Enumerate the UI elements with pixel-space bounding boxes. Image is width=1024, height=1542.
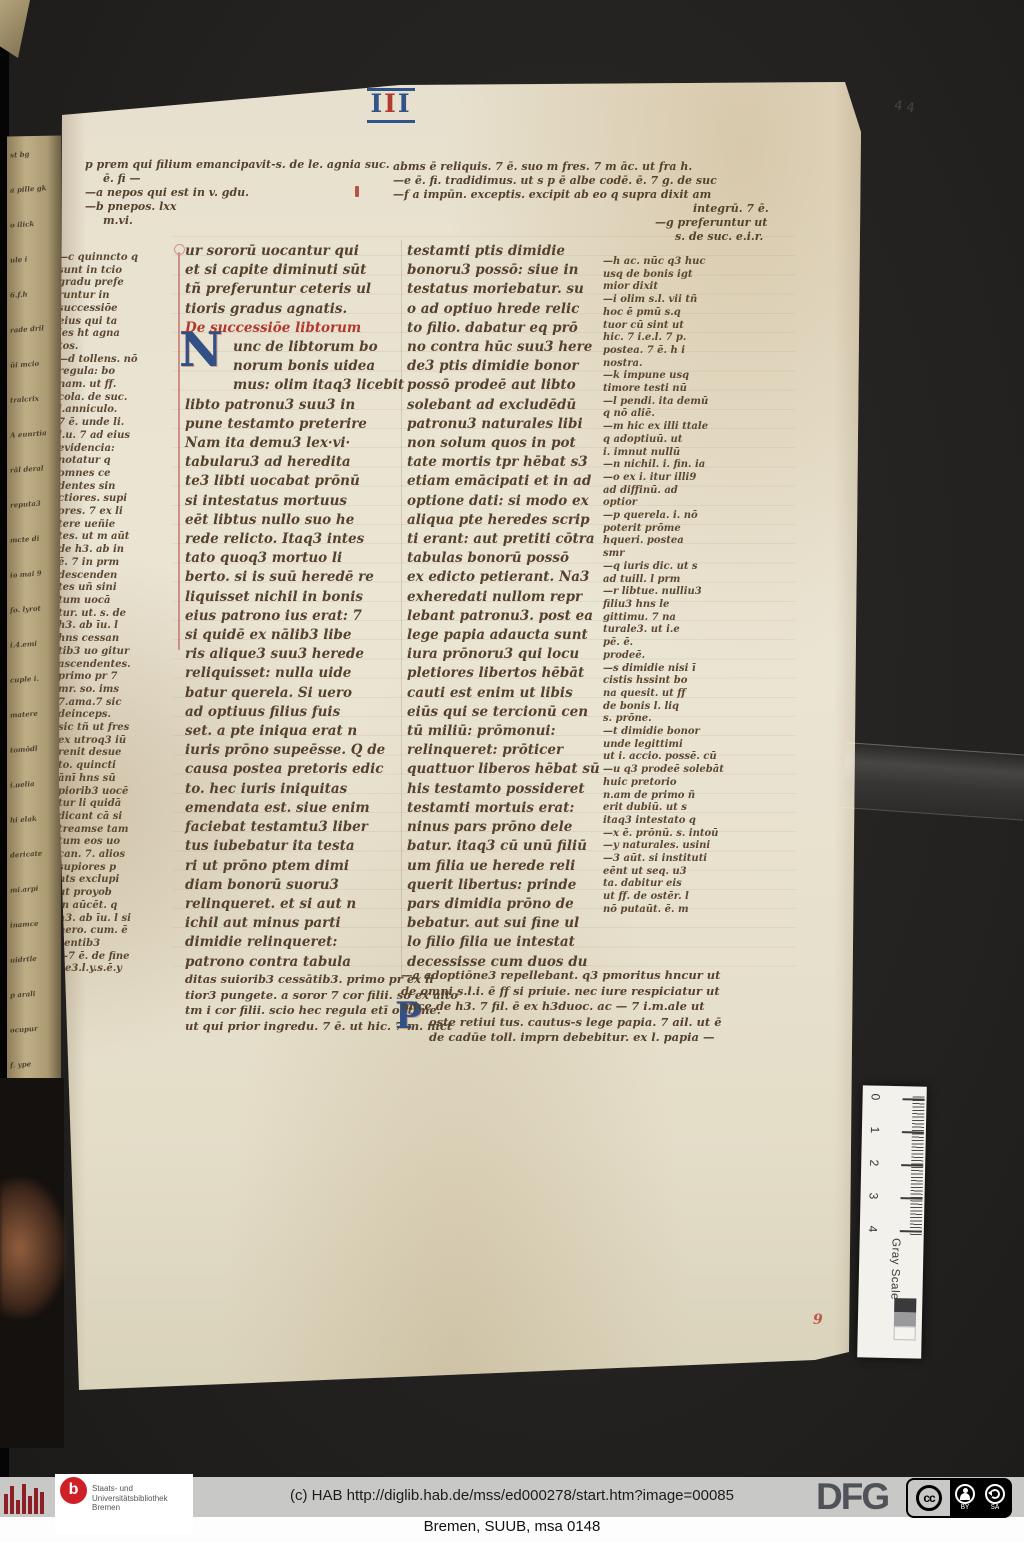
text-line: pletiores libertos hēbāt (407, 664, 611, 683)
edge-text-fragment: a pille gk (7, 169, 61, 208)
text-line: o ad optiuo hrede relic (407, 300, 611, 319)
ruler-number: 3 (866, 1192, 880, 1206)
gloss-line: turale3. ut i.e (603, 624, 785, 637)
text-line: tioris gradus agnatis. (185, 300, 401, 319)
gloss-line: dicant cā si (58, 811, 184, 824)
gloss-line: nero. cum. ē (58, 925, 184, 938)
gloss-line: 7.ama.7 sic (58, 697, 184, 710)
gloss-line: pē. ē. (603, 637, 785, 650)
text-line: diam bonorū suoru3 (185, 876, 401, 895)
text-line: tñ preferuntur ceteris ul (185, 280, 401, 299)
gloss-line: ut ff. de ostēr. l (603, 891, 785, 904)
gloss-line: unde legittimi (603, 739, 785, 752)
edge-text-fragment: tomōdl (7, 729, 61, 768)
cc-by-icon (955, 1484, 975, 1504)
text-line: de3 ptis dimidie bonor (407, 357, 611, 376)
text-line: de cadūe toll. imprn debebitur. ex l. pa… (429, 1030, 801, 1046)
ruler-number: 2 (867, 1159, 881, 1173)
gloss-line: tum eos uo (58, 836, 184, 849)
gloss-line: h3. ab īu. l si (58, 913, 184, 926)
text-line: patrono contra tabula (185, 953, 401, 972)
gloss-line: filiu3 hns le (603, 599, 785, 612)
gloss-line: —t dimidie bonor (603, 726, 785, 739)
text-line: etiam emācipati et in ad (407, 472, 611, 491)
text-line: ninus pars prōno dele (407, 818, 611, 837)
gloss-line: postea. 7 ē. h i (603, 345, 785, 358)
annotation-line: s. de suc. e.i.r. (675, 230, 813, 244)
text-line: lebant patronu3. post ea (407, 607, 611, 626)
text-line: his testamto possideret (407, 780, 611, 799)
bottom-right-block: —a adoptiōne3 repellebant. q3 pmoritus h… (401, 968, 801, 1046)
ruler-cm-tick (903, 1098, 925, 1100)
text-line: pune testamto preterire (185, 415, 401, 434)
edge-text-fragment: cuple i. (7, 659, 61, 698)
cc-license-badge: cc BY SA (906, 1478, 1012, 1518)
gloss-line: ta. dabitur eis (603, 878, 785, 891)
text-column-2: testamti ptis dimidiebonoru3 possō: siue… (407, 242, 611, 972)
text-line: emendata est. siue enim (185, 799, 401, 818)
edge-text-fragment: i.uelia (7, 764, 61, 803)
gloss-line: in aūcēt. q (58, 900, 184, 913)
text-line: reliquisset: nulla uide (185, 664, 401, 683)
text-line: norum bonis uidea (233, 357, 401, 376)
gloss-line: ad diffinū. ad (603, 485, 785, 498)
edge-text-fragment: ocupur (7, 1009, 61, 1048)
page-holder-strip (842, 742, 1024, 821)
text-line: possō prodeē aut libto (407, 376, 611, 395)
text-line: quattuor liberos hēbat sū (407, 760, 611, 779)
share-alike-arrow (990, 1489, 1000, 1499)
annotation-line: abms ē reliquis. 7 ē. suo m fres. 7 m āc… (393, 160, 813, 174)
gloss-line: poterit prōme (603, 523, 785, 536)
gloss-line: itaq3 intestato q (603, 815, 785, 828)
gloss-line: —7 ē. de fine (58, 951, 184, 964)
edge-text-fragment: i.4.emi (7, 624, 61, 663)
gloss-line: nts exclupi (58, 874, 184, 887)
text-line: tabularu3 ad heredita (185, 453, 401, 472)
gloss-line: supiores p (58, 862, 184, 875)
gloss-line: ānī hns sū (58, 773, 184, 786)
cc-logo-panel: cc (908, 1480, 950, 1516)
gloss-line: descenden (58, 570, 184, 583)
edge-text-fragment: reputa3 (7, 484, 61, 523)
annotation-line: m.vi. (103, 214, 390, 228)
gloss-line: —x ē. prōnū. s. intoū (603, 828, 785, 841)
corner-parchment-scrap (0, 0, 30, 58)
gloss-line: centib3 (58, 938, 184, 951)
gloss-line: optior (603, 497, 785, 510)
gloss-line: —q iuris dic. ut s (603, 561, 785, 574)
gloss-line: huic pretorio (603, 777, 785, 790)
text-line: to. hec iuris iniquitas (185, 780, 401, 799)
edge-text-fragment: uidrtle (7, 939, 61, 978)
gloss-line: ores. 7 ex li (58, 506, 184, 519)
cc-by-label: BY (961, 1505, 969, 1512)
gloss-line: hic. 7 i.e.l. 7 p. (603, 332, 785, 345)
text-line: de omni s.l.i. ē ff si priuie. nec iure … (401, 984, 801, 1000)
gloss-line: h3. ab īu. l (58, 620, 184, 633)
text-line: faciebat testamtu3 liber (185, 818, 401, 837)
gloss-line: tos. (58, 341, 184, 354)
gloss-line: mior dixit (603, 281, 785, 294)
text-line: tus iubebatur ita testa (185, 837, 401, 856)
text-line: solebant ad excludēdū (407, 396, 611, 415)
book-number-numeral: III (367, 88, 415, 123)
ruler-cm-tick (901, 1164, 923, 1166)
text-line: relinqueret. et si aut n (185, 895, 401, 914)
text-line: tabulas bonorū possō (407, 549, 611, 568)
gloss-line: deinceps. (58, 709, 184, 722)
text-line: exheredati nullom repr (407, 588, 611, 607)
edge-text-fragment: mi.arpi (7, 869, 61, 908)
edge-text-fragment: io mai 9 (7, 554, 61, 593)
library-name-line: Bremen (92, 1503, 168, 1513)
text-line: ris alique3 suu3 herede (185, 645, 401, 664)
text-column-1: ur sororū uocantur quiet si capite dimin… (185, 242, 401, 972)
text-line: testamti ptis dimidie (407, 242, 611, 261)
gloss-line: eēnt ut seq. u3 (603, 866, 785, 879)
gloss-line: na quesit. ut ff (603, 688, 785, 701)
gloss-line: ctiores. supi (58, 493, 184, 506)
gloss-line: piorib3 uocē (58, 786, 184, 799)
text-line: lo filio filia ue intestat (407, 933, 611, 952)
text-line: eiūs qui se tercionū cen (407, 703, 611, 722)
text-line: testamti mortuis erat: (407, 799, 611, 818)
gloss-line: tur. ut. s. de (58, 608, 184, 621)
gloss-line: ut i. accio. possē. cū (603, 751, 785, 764)
gloss-line: sunt in tcio (58, 265, 184, 278)
gloss-line: cistis hssint bo (603, 675, 785, 688)
gloss-line: dentes sin (58, 481, 184, 494)
text-line: Nam ita demu3 lex·vi· (185, 434, 401, 453)
gloss-line: prodeē. (603, 650, 785, 663)
cc-license-terms: BY SA (950, 1480, 1010, 1516)
text-line: ichil aut minus parti (185, 914, 401, 933)
gloss-line: l.anniculo. (58, 404, 184, 417)
gray-scale-ruler: 0 1 2 3 4 Gray Scale (857, 1085, 927, 1358)
text-line: lege papia adaucta sunt (407, 626, 611, 645)
annotation-line: —a nepos qui est in v. gdu. (85, 186, 390, 200)
gloss-line: erit dubiū. ut s (603, 802, 785, 815)
text-line: to filio. dabatur eq prō (407, 319, 611, 338)
annotation-line: —b pnepos. lxx (85, 200, 390, 214)
gloss-line: regula: bo (58, 366, 184, 379)
gloss-line: tuor cū sint ut (603, 320, 785, 333)
gloss-line: sic tñ ut fres (58, 722, 184, 735)
gloss-line: —o ex i. itur illi9 (603, 472, 785, 485)
gloss-line: —p querela. i. nō (603, 510, 785, 523)
gloss-line: hqueri. postea (603, 535, 785, 548)
text-line: ti erant: aut pretiti cōtra (407, 530, 611, 549)
gloss-line: tur li quidā (58, 798, 184, 811)
text-line: berto. si is suū heredē re (185, 568, 401, 587)
text-line: et si capite diminuti sūt (185, 261, 401, 280)
text-line: liquisset nichil in bonis (185, 588, 401, 607)
text-line: batur. itaq3 cū unū filiū (407, 837, 611, 856)
gloss-line: q nō aliē. (603, 408, 785, 421)
gloss-line: to. quincti (58, 760, 184, 773)
gloss-line: runtur in (58, 290, 184, 303)
gloss-line: —d tollens. nō (58, 354, 184, 367)
gloss-line: de3.l.y.s.ē.y (58, 963, 184, 976)
text-line: tū miliū: prōmonui: (407, 722, 611, 741)
text-line: unc de libtorum bo (233, 338, 401, 357)
text-line: bebatur. aut sui fine ul (407, 914, 611, 933)
gloss-line: —l pendi. ita demū (603, 396, 785, 409)
shelfmark-caption: Bremen, SUUB, msa 0148 (0, 1518, 1024, 1535)
text-line: eius patrono ius erat: 7 (185, 607, 401, 626)
edge-text-fragment: tralcrix (7, 379, 61, 418)
edge-text-fragment: inamce (7, 904, 61, 943)
annotation-line: —g preferuntur ut (655, 216, 813, 230)
text-line: te3 libti uocabat prōnū (185, 472, 401, 491)
gloss-line: ad tuill. l prm (603, 574, 785, 587)
gloss-line: can. 7. alios (58, 849, 184, 862)
gloss-line: primo pr 7 (58, 671, 184, 684)
ruler-cm-tick (900, 1197, 922, 1199)
gray-patch-dark (894, 1298, 916, 1312)
gloss-line: —m hic ex illi ttale (603, 421, 785, 434)
text-line: ex edicto petierant. Na3 (407, 568, 611, 587)
text-line: si quidē ex nālib3 libe (185, 626, 401, 645)
edge-text-fragment: ule i (7, 239, 61, 278)
text-line: tato quoq3 mortuo li (185, 549, 401, 568)
gloss-line: nō putaūt. ē. m (603, 904, 785, 917)
text-line: no contra hūc suu3 here (407, 338, 611, 357)
text-line: iuris prōno supeēsse. Q de (185, 741, 401, 760)
gloss-line: nam. ut ff. (58, 379, 184, 392)
gloss-line: treamse tam (58, 824, 184, 837)
ruler-label: Gray Scale (888, 1238, 901, 1300)
annotation-line: p prem qui filium emancipavit-s. de le. … (85, 158, 390, 172)
dfg-logo: DFG (816, 1478, 888, 1516)
text-line: eēt libtus nullo suo he (185, 511, 401, 530)
digitized-manuscript-photo: st bga pille gko ilickule i6.f.hrade dri… (0, 0, 1024, 1542)
gloss-line: de h3. ab in (58, 544, 184, 557)
gloss-line: notatur q (58, 455, 184, 468)
gloss-line: —3 aūt. si instituti (603, 853, 785, 866)
edge-text-fragment: hi elak (7, 799, 61, 838)
text-line: non solum quos in pot (407, 434, 611, 453)
gloss-line: —s dimidie nisi ī (603, 663, 785, 676)
text-line: ur sororū uocantur qui (185, 242, 401, 261)
right-margin-gloss: —h ac. nūc q3 hucusq de bonis igtmior di… (603, 256, 785, 917)
text-line: querit libertus: prinde (407, 876, 611, 895)
gloss-line: usq de bonis igt (603, 269, 785, 282)
edge-text-fragment: dericate (7, 834, 61, 873)
gloss-line: —n nichil. i. fin. ia (603, 459, 785, 472)
gloss-line: i. imnut nullū (603, 447, 785, 460)
edge-text-fragment: matere (7, 694, 61, 733)
gloss-line: nostra. (603, 358, 785, 371)
text-line: si intestatus mortuus (185, 492, 401, 511)
left-margin-gloss: —c quinncto qsunt in tciogradu preferunt… (58, 252, 184, 976)
gloss-line: gradu prefe (58, 277, 184, 290)
gloss-line: ascendentes. (58, 659, 184, 672)
text-line: ri ut prōno ptem dimi (185, 857, 401, 876)
text-line: dimidie relinqueret: (185, 933, 401, 952)
manuscript-page: III p prem qui filium emancipavit-s. de … (45, 70, 867, 1402)
gloss-line: hns cessan (58, 633, 184, 646)
top-left-annotations: p prem qui filium emancipavit-s. de le. … (85, 158, 390, 228)
text-line: optione dati: si modo ex (407, 492, 611, 511)
gray-patch-white (894, 1326, 916, 1340)
ruler-cm-tick (902, 1131, 924, 1133)
ruler-cm-tick (900, 1230, 922, 1232)
cc-sa-icon (985, 1484, 1005, 1504)
ruler-number: 0 (868, 1093, 882, 1107)
gloss-line: —u q3 prodeē solebāt (603, 764, 785, 777)
text-line: set. a pte iniqua erat n (185, 722, 401, 741)
text-line: mus: olim itaq3 licebit (233, 376, 401, 395)
gloss-line: ē. 7 in prm (58, 557, 184, 570)
text-line: bonoru3 possō: siue in (407, 261, 611, 280)
edge-text-fragment: rāl deral (7, 449, 61, 488)
text-line: relinqueret: prōticer (407, 741, 611, 760)
gloss-line: tere ueñie (58, 519, 184, 532)
cc-sa-term: SA (985, 1484, 1005, 1512)
text-line: causa postea pretoris edic (185, 760, 401, 779)
gloss-line: eius qui ta (58, 316, 184, 329)
gloss-line: 7 ē. unde li. (58, 417, 184, 430)
numeral-stroke: I (384, 89, 398, 118)
text-line: De successiōe libtorum (185, 319, 401, 338)
gloss-line: —r libtue. nulliu3 (603, 586, 785, 599)
text-line: patronu3 naturales libi (407, 415, 611, 434)
leather-stain (0, 1178, 66, 1318)
previous-folio-fore-edge: st bga pille gko ilickule i6.f.hrade dri… (7, 136, 61, 1089)
text-line: tate mortis tpr hēbat s3 (407, 453, 611, 472)
gloss-line: —i olim s.l. vii tñ (603, 294, 785, 307)
gloss-line: mr. so. ims (58, 684, 184, 697)
gloss-line: —y naturales. usini (603, 840, 785, 853)
edge-text-fragment: mcte di (7, 519, 61, 558)
numeral-stroke: I (370, 89, 384, 118)
text-line: cauti est enim ut libis (407, 684, 611, 703)
gloss-line: timore testi nū (603, 383, 785, 396)
ruler-number: 1 (868, 1126, 882, 1140)
gloss-line: tib3 uo gitur (58, 646, 184, 659)
gloss-line: tum uocā (58, 595, 184, 608)
text-line: batur querela. Si uero (185, 684, 401, 703)
top-right-annotations: abms ē reliquis. 7 ē. suo m fres. 7 m āc… (393, 160, 813, 244)
gloss-line: gittimu. 7 na (603, 612, 785, 625)
gray-patch-mid (894, 1312, 916, 1326)
edge-text-fragment: p arali (7, 974, 61, 1013)
annotation-line: ē. fi — (103, 172, 390, 186)
gloss-line: renit desue (58, 747, 184, 760)
text-line: mice de h3. 7 fil. ē ex h3duoc. ac — 7 i… (401, 999, 801, 1015)
edge-text-fragment: o ilick (7, 204, 61, 243)
gloss-line: tes uñ sini (58, 582, 184, 595)
gloss-line: —k impune usq (603, 370, 785, 383)
text-line: libto patronu3 suu3 in (185, 396, 401, 415)
cc-icon: cc (916, 1485, 942, 1511)
gloss-line: —h ac. nūc q3 huc (603, 256, 785, 269)
gloss-line: cola. de suc. (58, 392, 184, 405)
pencil-folio-number: 44 (893, 98, 920, 117)
gloss-line: q adoptiuū. ut (603, 434, 785, 447)
gloss-line: —c quinncto q (58, 252, 184, 265)
text-line: aliqua pte heredes scrip (407, 511, 611, 530)
edge-text-fragment: 6.f.h (7, 274, 61, 313)
edge-text-fragment: fo. lyrot (7, 589, 61, 628)
cc-sa-label: SA (991, 1505, 999, 1512)
numeral-stroke: I (398, 89, 412, 118)
text-line: ad optiuus filius fuis (185, 703, 401, 722)
gloss-line: successiōe (58, 303, 184, 316)
cc-by-term: BY (955, 1484, 975, 1512)
annotation-line: —f a impūn. exceptis. excipit ab eo q su… (393, 188, 813, 202)
gloss-line: smr (603, 548, 785, 561)
gloss-line: tes. ut m aūt (58, 531, 184, 544)
edge-text-fragment: st bg (7, 136, 61, 173)
edge-text-fragment: rade dril (7, 309, 61, 348)
text-line: oste retiui tus. cautus-s lege papia. 7 … (429, 1015, 801, 1031)
text-line: rede relicto. Itaq3 intes (185, 530, 401, 549)
annotation-line: —e ē. fi. tradidimus. ut s p ē albe codē… (393, 174, 813, 188)
person-body (960, 1493, 970, 1500)
gloss-line: n.am de primo ñ (603, 790, 785, 803)
text-line: iura prōnoru3 qui locu (407, 645, 611, 664)
gloss-line: ex utroq3 iū (58, 735, 184, 748)
edge-text-fragment: A eunrtia (7, 414, 61, 453)
ruler-number: 4 (866, 1225, 880, 1239)
gloss-line: omnes ce (58, 468, 184, 481)
gloss-line: evidencia: (58, 443, 184, 456)
column-crease (401, 240, 402, 980)
annotation-line: integrū. 7 ē. (693, 202, 813, 216)
gloss-line: de bonis l. liq (603, 701, 785, 714)
text-line: pars dimidia prōno de (407, 895, 611, 914)
gloss-line: s. prōne. (603, 713, 785, 726)
text-line: —a adoptiōne3 repellebant. q3 pmoritus h… (401, 968, 801, 984)
edge-text-fragment: ūi mcio (7, 344, 61, 383)
gloss-line: les ht agna (58, 328, 184, 341)
text-line: um filia ue herede reli (407, 857, 611, 876)
gloss-line: ut proyob (58, 887, 184, 900)
gloss-line: l.u. 7 ad eius (58, 430, 184, 443)
gloss-line: hoc ē pmū s.q (603, 307, 785, 320)
text-line: testatus moriebatur. su (407, 280, 611, 299)
quire-mark: 9 (813, 1312, 823, 1328)
